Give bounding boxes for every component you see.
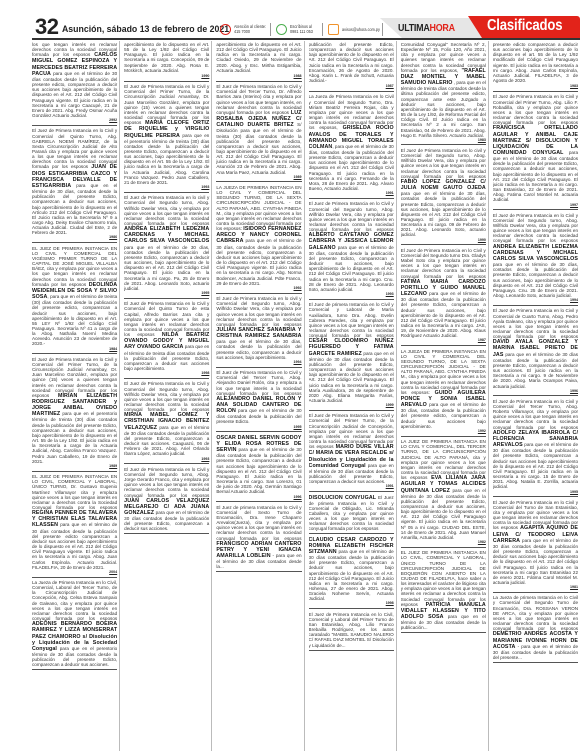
notice-text: para que en el término de 30 días contad…	[309, 549, 394, 601]
notice-text: para que en el término de 30 días contad…	[32, 71, 117, 118]
header-rule	[32, 38, 580, 40]
notice-code: 1996	[493, 389, 578, 394]
column-5: Comunidad Conyugal" Secretaría Nº 2, Exp…	[401, 41, 489, 751]
publication-date: Asunción, sábado 13 de febrero de 2021	[62, 24, 229, 35]
notice-text: para que en el perentorio término de tre…	[124, 133, 209, 185]
email-contact: avisos@uhora.com.py	[328, 21, 387, 37]
notice-text: El Juez de Primera Instancia en lo Civil…	[493, 308, 578, 339]
notice-code: 1991	[309, 484, 394, 489]
legal-notice: apercibimiento de lo dispuesto en el Art…	[216, 41, 301, 82]
notice-text: El Juez de Primera Instancia en lo Civil…	[493, 94, 578, 125]
notice-text: El Juez de Primera Instancia en lo Civil…	[124, 381, 209, 412]
notice-parties: ANDREA ELIZABETH LEDEZMA CARDENAS Y MICH…	[124, 226, 209, 244]
notice-text: El Juez de Primera Instancia en lo Civil…	[216, 84, 301, 115]
brand-part2: HORA	[430, 22, 455, 34]
notice-text: para que en el término de 30 días, conta…	[216, 339, 301, 359]
whatsapp-icon	[276, 24, 287, 35]
notice-text: publicación del presente Edicto, compare…	[309, 42, 394, 83]
legal-notice: El Juez de Primera Instancia en lo Civil…	[493, 93, 578, 210]
notice-code: 1981	[493, 585, 578, 590]
notice-text: El Juez de Primera Instancia en lo Civil…	[401, 248, 486, 279]
legal-notice: El Juez de Primera Instancia en lo Civil…	[124, 466, 209, 534]
notice-text: EL JUEZ DE PRIMERA INSTANCIA EN LO CIVIL…	[32, 474, 117, 510]
page-number: 32	[35, 14, 58, 40]
notice-text: El Juez de Primera Instancia en lo Civil…	[32, 128, 117, 169]
column-3: apercibimiento de lo dispuesto en el Art…	[216, 41, 304, 751]
whatsapp-contact: Escríbinos al0981 111 053	[276, 21, 317, 37]
notice-text: para que en el término de 30 días, conta…	[309, 245, 394, 292]
notice-code: 1995	[124, 291, 209, 296]
notice-parties: ANDREA ELIZABETH LEDEZMA CARDENAS Y MICH…	[493, 244, 578, 262]
notice-code: 1988	[216, 74, 301, 79]
divider	[382, 23, 383, 36]
notice-text: El Juez de Primera Instancia en lo Civil…	[124, 84, 209, 125]
notice-text: para que en el término de 30 días contad…	[401, 291, 486, 338]
legal-notice: La Jueza de Primera Instancia en lo Civi…	[309, 93, 394, 198]
notice-code: 1998	[309, 601, 394, 606]
notice-text: La Jueza de primera Instancia en lo Civi…	[493, 595, 578, 631]
notice-parties: FABIO LOPEZ GONZALEZ C/ JULIA NOEMI GAUT…	[401, 179, 486, 191]
legal-notice: presente edicto comparezcan a deducir su…	[493, 41, 578, 92]
notice-code: 1994	[493, 298, 578, 303]
legal-notice: El Juez de Primera Instancia en lo Civil…	[124, 380, 209, 464]
notice-text: El Juez de Primera Instancia en lo Civil…	[216, 370, 301, 396]
notice-code: 1990	[124, 74, 209, 79]
notice-text: para que en el término de 30 días, conta…	[493, 262, 578, 298]
notice-text: El Juez de Primera Instancia en lo Civil…	[124, 467, 209, 498]
legal-notice: El Juez de Primera Instancia en lo civil…	[401, 147, 486, 245]
notice-code: 2992	[32, 118, 117, 123]
legal-notice: El Juez de Primera Instancia en lo Civil…	[32, 127, 117, 243]
notice-text: para que en el término de 30 días, conta…	[401, 191, 486, 237]
legal-notice: El Juez de Primera Instancia en lo Civil…	[216, 369, 301, 432]
legal-notice: El Juez de Primera Instancia en lo Civil…	[493, 398, 578, 497]
legal-notice: El Juez de primera Instancia en lo Civil…	[309, 301, 394, 411]
legal-notice: DISOLUCION CONYUGAL El Juez de primera I…	[309, 494, 394, 535]
notice-text: S/ Disolución para que en el término de …	[216, 122, 301, 174]
legal-notice: EL JUEZ DE PRIMERA INSTANCIA EN LO CIVIL…	[32, 245, 117, 355]
notice-code: 1995	[493, 490, 578, 495]
contact-value: 415 7000	[234, 29, 250, 34]
notice-text: , para que en el término de 30 días, con…	[309, 144, 394, 191]
legal-notice: LA JUEZ DE PRIMERA INSTANCIA EN LO CIVIL…	[401, 438, 486, 548]
notice-code: 1993	[309, 292, 394, 297]
notice-code: 1984	[32, 347, 117, 352]
divider	[322, 23, 323, 36]
notice-parties: JULIAN SANCHEZ SANABRIA Y CRISTINA RAMIR…	[216, 327, 301, 339]
contact-value: 0981 111 053	[290, 29, 313, 34]
legal-notice: El Juez de Primera Instancia en lo Civil…	[309, 611, 394, 652]
legal-notice: El Juez de Primera Instancia en lo Civil…	[216, 83, 301, 182]
notice-text: presente edicto comparezcan a deducir su…	[493, 42, 578, 83]
legal-notice: EL JUEZ DE PRIMERA INSTANCIA EN LO CIVIL…	[401, 549, 486, 633]
legal-notice: El Juez de Primera Instancia en lo Civil…	[309, 412, 394, 492]
notice-text: EL JUEZ DE PRIMERA INSTANCIA EN LO CIVIL…	[32, 246, 117, 287]
legal-notice: CLAUDIO CESAR CARDOZO Y ROMINA ELIZABETH…	[309, 536, 394, 610]
legal-notice: LA JUEZA DE PRIMERA INSTANCIA EN LO CIVI…	[401, 348, 486, 437]
notice-code: 2004	[32, 570, 117, 575]
notice-text: El Juez de primera Instancia en lo Civil…	[216, 505, 301, 541]
column-4: publicación del presente Edicto, compare…	[309, 41, 397, 751]
legal-notice: El Juez de Primera Instancia en lo Civil…	[493, 307, 578, 396]
notice-text: apercibimiento de lo dispuesto en el Art…	[124, 42, 209, 73]
notice-code: 1982	[401, 540, 486, 545]
legal-notice: El Juez de Primera Instancia en lo Civil…	[401, 247, 486, 346]
phone-icon	[220, 24, 231, 35]
notice-text: LA JUEZA DE PRIMERA INSTANCIA EN LO CIVI…	[216, 185, 301, 231]
legal-notice: Comunidad Conyugal" Secretaría Nº 2, Exp…	[401, 41, 486, 145]
legal-notice: La Jueza de primera Instancia en lo Civi…	[493, 594, 578, 662]
legal-notice: El Juez de Primera Instancia en lo Civil…	[124, 300, 209, 379]
notice-parties: DISOLUCION CONYUGAL	[309, 495, 377, 501]
legal-notice: OSCAR DANIEL SERVIN GODOY Y ELIDA ROSA R…	[216, 434, 301, 502]
notice-text: para que en el término de 30 días, conta…	[124, 245, 209, 291]
notice-code: 1983	[493, 84, 578, 89]
legal-notice: los que tengan interés en reclamar derec…	[32, 41, 117, 126]
notice-text: para que en el término de 30 días contad…	[493, 150, 578, 202]
notice-text: apercibimiento de lo dispuesto en el Art…	[216, 42, 301, 73]
notice-text: El Juez de Primera Instancia en lo Civil…	[309, 201, 394, 232]
notice-code: 1994	[216, 360, 301, 365]
notice-text: para que en el término de 30 días contad…	[493, 538, 578, 585]
classifieds-columns: los que tengan interés en reclamar derec…	[32, 41, 580, 751]
legal-notice: apercibimiento de lo dispuesto en el Art…	[124, 41, 209, 82]
legal-notice: EL JUEZ DE PRIMERA INSTANCIA EN LO CIVIL…	[32, 473, 117, 577]
notice-text: El Juez de Primera Instancia en lo civil…	[124, 195, 209, 226]
notice-text: El Juez de primera Instancia en lo Civil…	[309, 302, 394, 338]
notice-text: para que en el término de 30 días contad…	[493, 442, 578, 489]
notice-text: EL JUEZ DE PRIMERA INSTANCIA EN LO CIVIL…	[401, 550, 486, 607]
column-2: apercibimiento de lo dispuesto en el Art…	[124, 41, 212, 751]
notice-code: 1990	[401, 238, 486, 243]
legal-notice: El Juez de Primera Instancia en lo civil…	[124, 194, 209, 298]
notice-text: LA JUEZ DE PRIMERA INSTANCIA EN LO CIVIL…	[401, 439, 486, 480]
notice-code: 1987	[401, 338, 486, 343]
legal-notice: El Juez de Primera Instancia en lo Civil…	[124, 83, 209, 193]
notice-text: para que en el perentorio término de tre…	[32, 411, 117, 463]
notice-text: para que en el término de 30 días contad…	[32, 522, 117, 569]
notice-text: para que en el término de 30 días contad…	[216, 447, 301, 494]
legal-notice: El Juez de Primera Instancia en lo Civil…	[493, 212, 578, 306]
notice-code: 1997	[493, 203, 578, 208]
notice-text: para que en el término de 30 días contad…	[401, 488, 486, 540]
notice-code: 1992	[401, 429, 486, 434]
section-title: Clasificados	[487, 17, 562, 35]
notice-text: El Juez de Primera Instancia en lo Civil…	[32, 357, 117, 398]
notice-code: 1996	[216, 495, 301, 500]
notice-code: 1993	[124, 185, 209, 190]
contact-email: avisos@uhora.com.py	[342, 27, 380, 32]
legal-notice: El Juez de Primera Instancia en lo civil…	[216, 295, 301, 368]
notice-text: , para que en el término de treinta días…	[401, 80, 486, 138]
notice-code: 1992	[216, 286, 301, 291]
notice-code: 1987	[309, 84, 394, 89]
brand-part1: ULTIMA	[398, 22, 430, 34]
legal-notice: La Jueza de Primera Instancia en lo Civi…	[32, 579, 117, 670]
notice-code: 1989	[32, 464, 117, 469]
notice-code: 1991	[309, 191, 394, 196]
notice-code: 1999	[309, 403, 394, 408]
legal-notice: El Juez de primera Instancia en lo Civil…	[216, 504, 301, 572]
notice-text: para que en el término de 30 días contad…	[309, 351, 394, 403]
notice-text: , para que en el término de treinta (30)…	[32, 294, 117, 346]
mail-icon	[328, 24, 339, 35]
notice-text: para que en el término de 30 días contad…	[493, 352, 578, 389]
notice-text: El Juez de Primera Instancia en lo Civil…	[309, 612, 394, 648]
notice-text: El Juez de primera Instancia en lo Civil…	[309, 495, 394, 532]
notice-code: 1989	[216, 175, 301, 180]
customer-service-contact: Atención al cliente:415 7000	[220, 21, 272, 37]
divider	[270, 23, 271, 36]
page-header: 32 Asunción, sábado 13 de febrero de 202…	[0, 0, 580, 38]
notice-code: 1995	[216, 425, 301, 430]
legal-notice: El Juez de Primera Instancia en lo Civil…	[32, 356, 117, 472]
column-1: los que tengan interés en reclamar derec…	[32, 41, 120, 751]
notice-code: 1983	[401, 138, 486, 143]
notice-text: para que en el término de 30 días, conta…	[32, 183, 117, 235]
legal-notice: El Juez de Primera Instancia en lo Civil…	[493, 499, 578, 593]
notice-code: 1998	[124, 371, 209, 376]
notice-text: LA JUEZA DE PRIMERA INSTANCIA EN LO CIVI…	[401, 349, 486, 395]
notice-text: El Juez de Primera Instancia en lo civil…	[216, 296, 301, 327]
legal-notice: El Juez de Primera Instancia en lo Civil…	[309, 200, 394, 299]
notice-text: El Juez de Primera Instancia en lo civil…	[401, 148, 486, 179]
legal-notice: LA JUEZA DE PRIMERA INSTANCIA EN LO CIVI…	[216, 184, 301, 294]
legal-notice: publicación del presente Edicto, compare…	[309, 41, 394, 92]
notice-text: El Juez de Primera Instancia en lo Civil…	[493, 399, 578, 430]
notice-text: El Juez de Primera Instancia en lo Civil…	[493, 213, 578, 244]
notice-text: La Jueza de Primera Instancia en lo Civi…	[32, 580, 117, 621]
notice-code: 1993	[124, 457, 209, 462]
notice-code: 1986	[32, 235, 117, 240]
notice-text: para que en el término de 30 días, conta…	[216, 238, 301, 285]
brand-logo: ULTIMAHORA	[398, 22, 455, 34]
column-6: presente edicto comparezcan a deducir su…	[493, 41, 580, 751]
